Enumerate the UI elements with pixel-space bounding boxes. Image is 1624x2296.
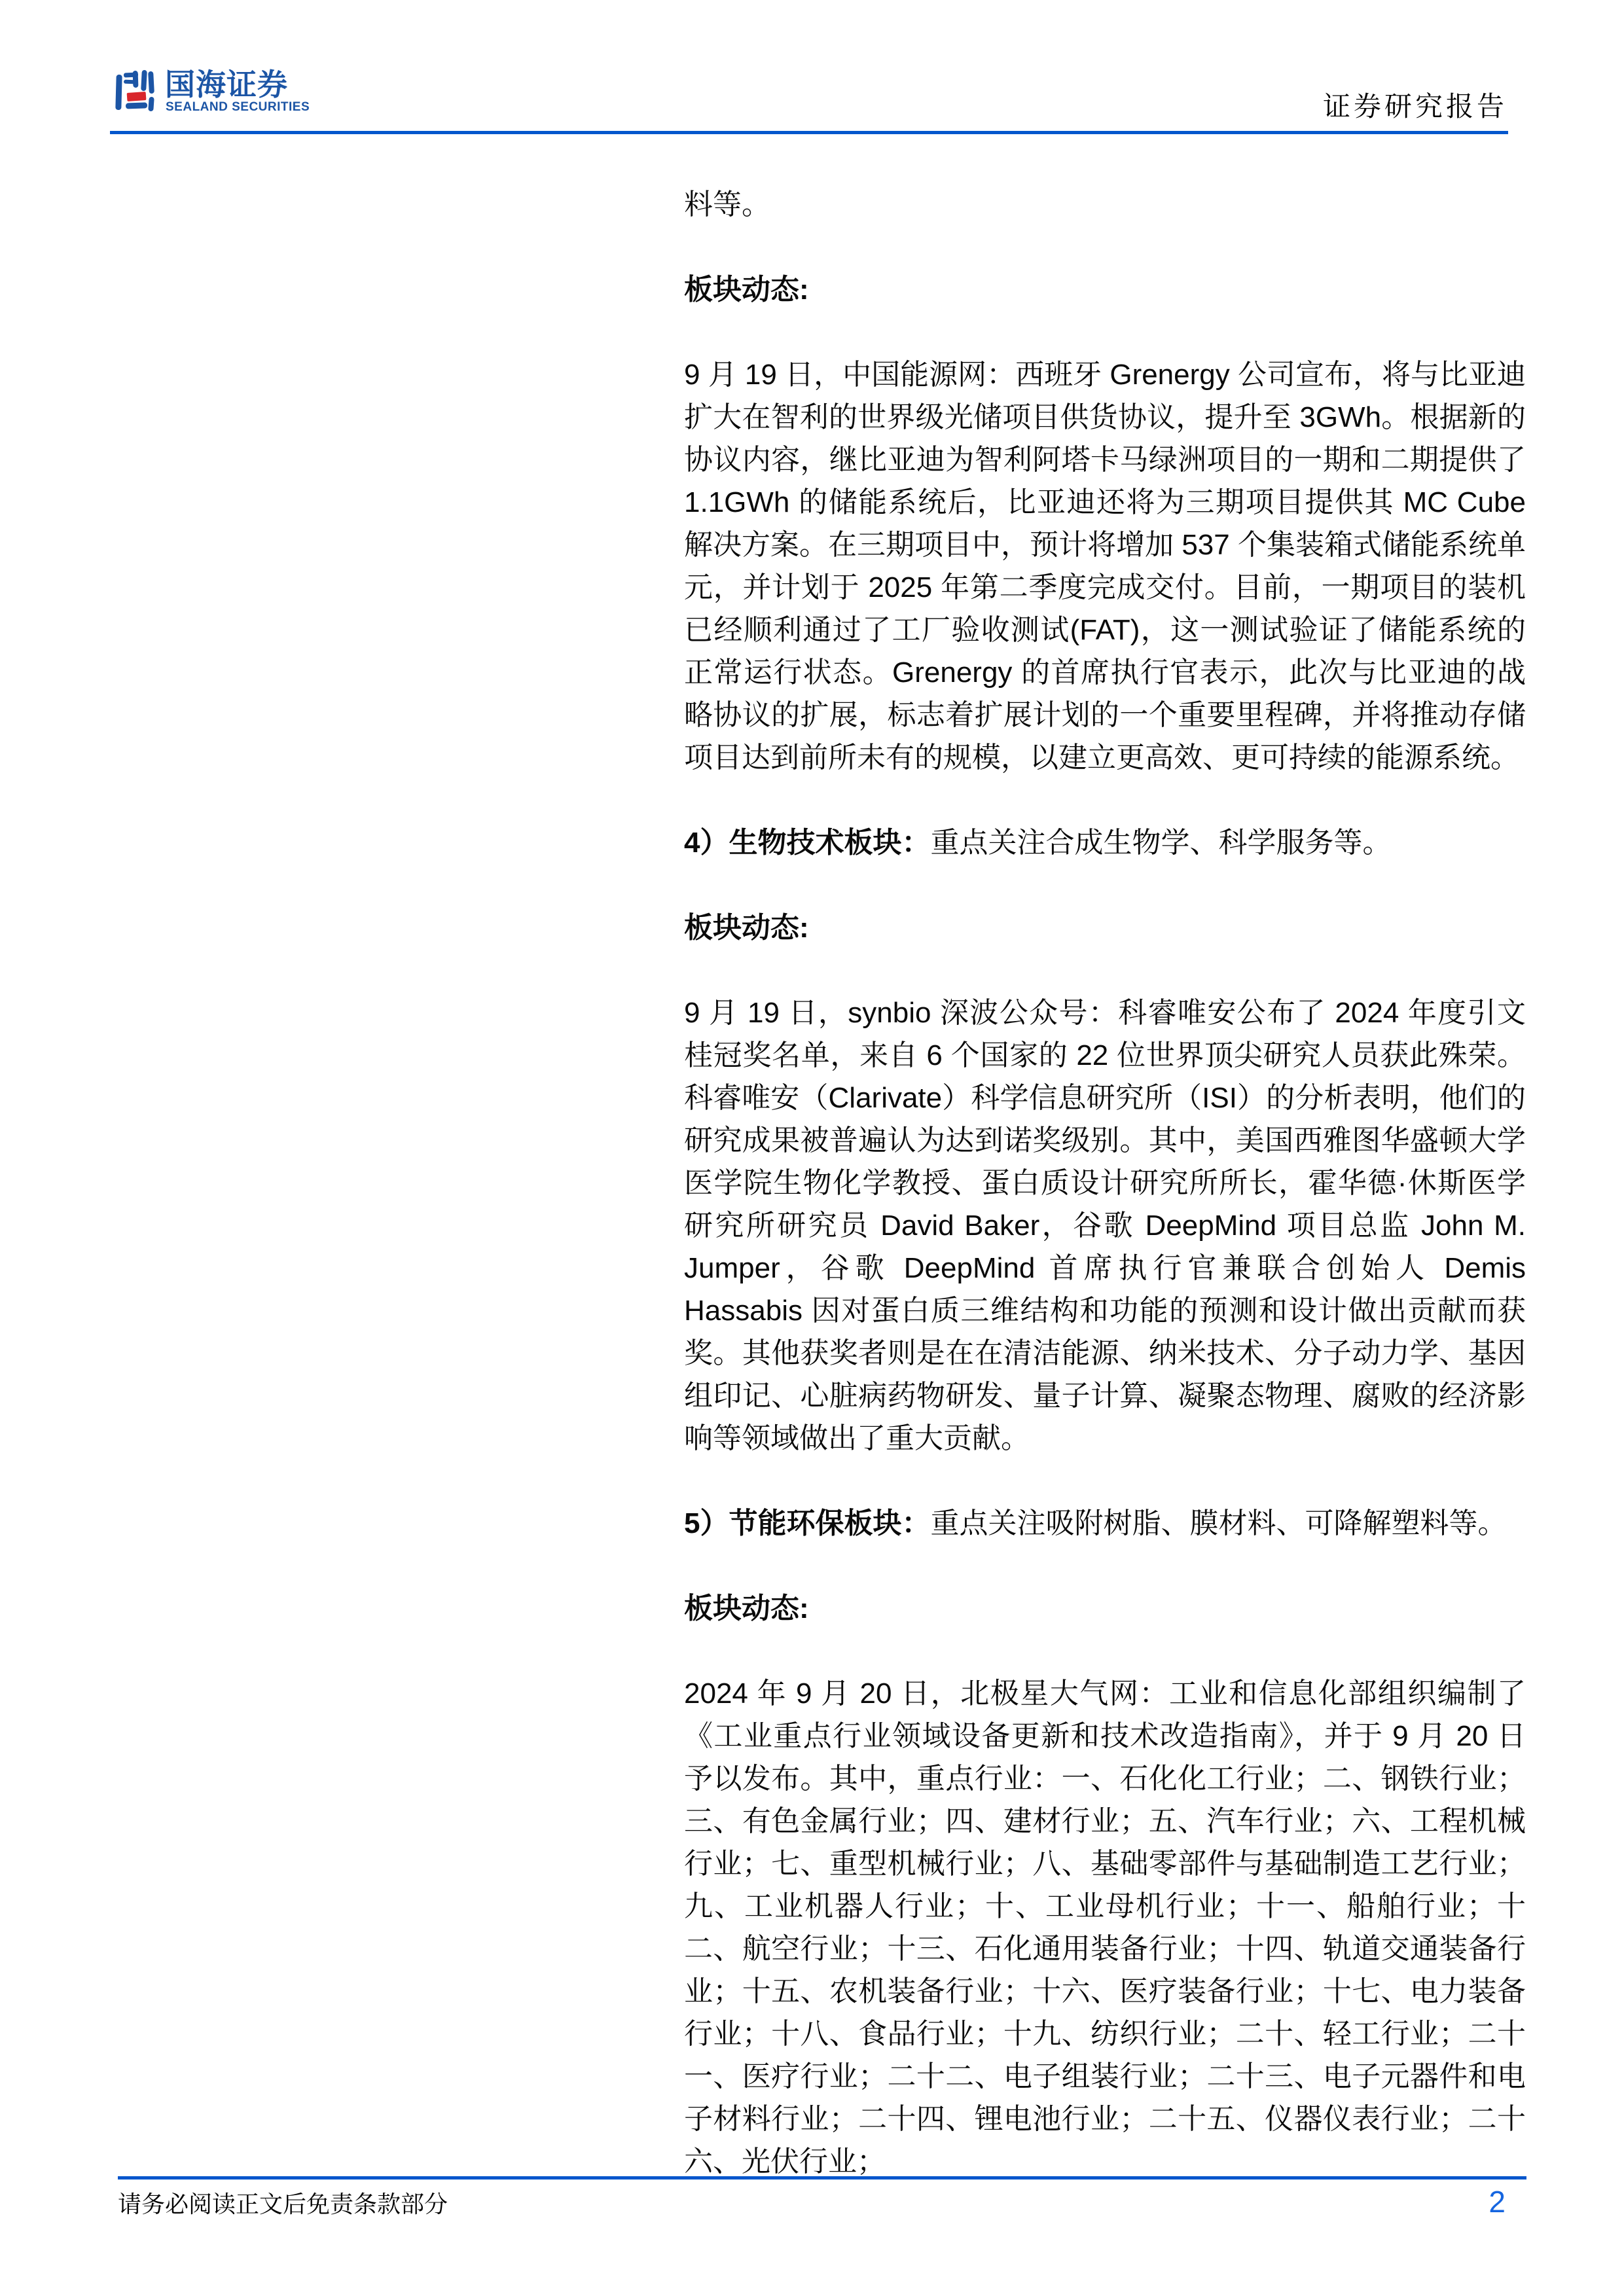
paragraph-biotech-news: 9 月 19 日，synbio 深波公众号：科睿唯安公布了 2024 年度引文桂… bbox=[684, 992, 1526, 1460]
sealand-logo-icon bbox=[115, 69, 155, 113]
paragraph-energy-storage-news: 9 月 19 日，中国能源网：西班牙 Grenergy 公司宣布，将与比亚迪扩大… bbox=[684, 353, 1526, 779]
section-heading-environment-desc: 重点关注吸附树脂、膜材料、可降解塑料等。 bbox=[930, 1507, 1506, 1539]
sector-dynamics-heading-3: 板块动态: bbox=[684, 1587, 1526, 1630]
section-heading-environment-title: 5）节能环保板块： bbox=[684, 1507, 930, 1539]
logo-company-name: 国海证券 bbox=[165, 68, 288, 101]
footer-divider bbox=[118, 2176, 1526, 2179]
section-heading-environment: 5）节能环保板块：重点关注吸附树脂、膜材料、可降解塑料等。 bbox=[684, 1502, 1526, 1545]
paragraph-environment-news: 2024 年 9 月 20 日，北极星大气网：工业和信息化部组织编制了《工业重点… bbox=[684, 1672, 1526, 2183]
logo-company-name-en: SEALAND SECURITIES bbox=[166, 100, 310, 114]
report-body: 料等。 板块动态: 9 月 19 日，中国能源网：西班牙 Grenergy 公司… bbox=[684, 183, 1526, 2183]
sector-dynamics-heading-2: 板块动态: bbox=[684, 906, 1526, 949]
section-heading-biotech-desc: 重点关注合成生物学、科学服务等。 bbox=[930, 827, 1391, 859]
footer-disclaimer: 请务必阅读正文后免责条款部分 bbox=[118, 2189, 448, 2220]
report-page: 国海证券 SEALAND SECURITIES 证券研究报告 料等。 板块动态:… bbox=[0, 0, 1624, 2296]
section-heading-biotech-title: 4）生物技术板块： bbox=[684, 827, 930, 859]
sector-dynamics-heading-1: 板块动态: bbox=[684, 268, 1526, 311]
report-type-label: 证券研究报告 bbox=[1323, 90, 1507, 124]
paragraph-continuation: 料等。 bbox=[684, 183, 1526, 226]
header-divider bbox=[110, 131, 1508, 134]
page-number: 2 bbox=[1489, 2183, 1506, 2220]
section-heading-biotech: 4）生物技术板块：重点关注合成生物学、科学服务等。 bbox=[684, 821, 1526, 864]
